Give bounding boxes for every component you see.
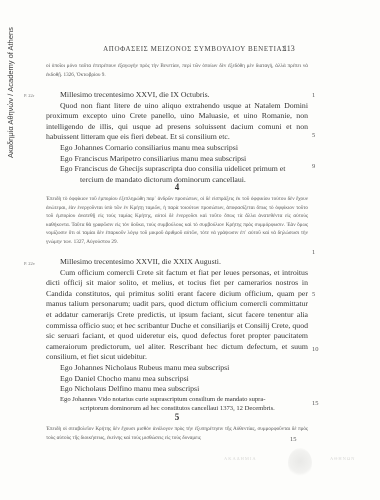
seal-text: ΑΚΑΔΗΜΙΑ [224, 456, 257, 461]
athena-seal-icon [288, 448, 312, 478]
latin-text-3: Millesimo trecentesimo XXVI, die IX Octu… [46, 90, 308, 185]
signature-line: Ego Franciscus de Ghecijs suprascripta d… [46, 164, 308, 175]
margin-reference: P. 22v [24, 261, 35, 266]
margin-reference: P. 22r [24, 93, 34, 98]
greek-summary-5: Ἐπειδὴ οἱ σιταβολεῖον Κρήτης δὲν ἔχουσι … [46, 425, 308, 442]
academy-watermark: Ακαδημία Αθηνών / Academy of Athens [6, 8, 20, 158]
greek-summary-4: Ἐπειδὴ τὸ ὀφφίκιον τοῦ ἐμπορίου ἐξεπληρώ… [46, 195, 308, 247]
date-line: Millesimo trecentesimo XXVI, die IX Octu… [46, 90, 308, 101]
line-number: 15 [312, 400, 319, 407]
line-number: 10 [312, 346, 319, 353]
section-number: 5 [46, 412, 308, 422]
line-number: 1 [312, 249, 315, 256]
latin-text-4: Millesimo trecentesimo XXVII, die XXIX A… [46, 257, 308, 413]
line-number: 5 [312, 132, 315, 139]
page-number: 113 [283, 44, 295, 53]
seal-text: ΑΘΗΝΩΝ [330, 456, 355, 461]
line-number: 5 [312, 291, 315, 298]
scanned-page: Ακαδημία Αθηνών / Academy of Athens ΑΠΟΦ… [0, 0, 380, 500]
running-head: ΑΠΟΦΑΣΕΙΣ ΜΕΙΖΟΝΟΣ ΣΥΜΒΟΥΛΙΟΥ ΒΕΝΕΤΙΑΣ [90, 45, 300, 53]
line-number: 9 [312, 163, 315, 170]
signature-line: Ego Johannes Nicholaus Rubeus manu mea s… [46, 363, 308, 374]
section-5: 5 Ἐπειδὴ οἱ σιταβολεῖον Κρήτης δὲν ἔχουσ… [46, 408, 308, 442]
signature-line: Ego Daniel Chocho manu mea subscripsi [46, 374, 308, 385]
signature-line: Ego Johannes Vido notarius curie suprasc… [46, 395, 308, 404]
line-number: 1 [312, 92, 315, 99]
section-4: 4 Ἐπειδὴ τὸ ὀφφίκιον τοῦ ἐμπορίου ἐξεπλη… [46, 178, 308, 247]
section-number: 4 [46, 182, 308, 192]
date-line: Millesimo trecentesimo XXVII, die XXIX A… [46, 257, 308, 268]
signature-line: Ego Nicholaus Delfino manu mea subscrips… [46, 384, 308, 395]
decree-body: Cum officium comercli Crete sit factum e… [46, 268, 308, 363]
signature-line: Ego Franciscus Maripetro consiliarius ma… [46, 154, 308, 165]
signature-line: Ego Johannes Cornario consiliarius manu … [46, 143, 308, 154]
decree-body: Quod non fiant litere de uino aliquo ext… [46, 101, 308, 143]
greek-summary-3: οἱ ὁποῖοι μόνο ταῦτα ἐπιτρέπουν ἐξαγωγὴν… [46, 62, 308, 79]
line-number: 15 [290, 436, 297, 443]
